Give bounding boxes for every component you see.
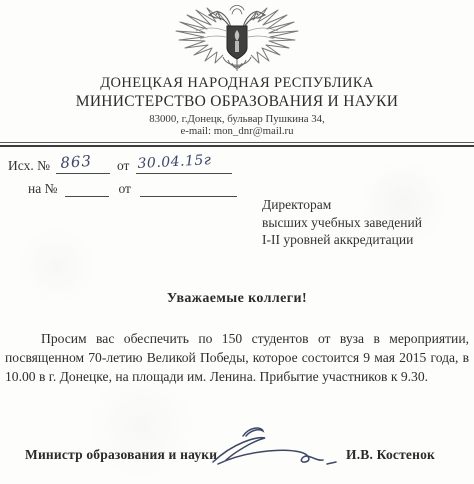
incoming-date-blank (140, 181, 237, 197)
email-address: e-mail: mon_dnr@mail.ru (0, 125, 474, 137)
body-paragraph: Просим вас обеспечить по 150 студентов о… (5, 330, 469, 386)
recipient-line-3: I-II уровней аккредитации (262, 231, 422, 249)
incoming-label: на № (28, 181, 57, 196)
signer-name: И.В. Костенок (346, 447, 435, 463)
outgoing-date-blank: 30.04.15г (136, 158, 232, 174)
outgoing-from-label: от (117, 158, 129, 173)
recipient-block: Директорам высших учебных заведений I-II… (262, 196, 422, 249)
salutation: Уважаемые коллеги! (0, 291, 474, 307)
ministry-name: МИНИСТЕРСТВО ОБРАЗОВАНИЯ И НАУКИ (0, 93, 474, 111)
outgoing-label: Исх. № (8, 158, 50, 173)
coat-of-arms-icon (170, 1, 304, 73)
incoming-number-blank (65, 181, 109, 197)
signer-title: Министр образования и науки (25, 447, 217, 463)
outgoing-number-handwritten: 863 (60, 152, 93, 172)
header-divider (0, 142, 474, 147)
outgoing-number-blank: 863 (56, 158, 110, 174)
postal-address: 83000, г.Донецк, бульвар Пушкина 34, (0, 113, 474, 125)
signature-icon (205, 423, 337, 475)
letter-page: ДОНЕЦКАЯ НАРОДНАЯ РЕСПУБЛИКА МИНИСТЕРСТВ… (0, 0, 474, 484)
outgoing-reference-line: Исх. №863от30.04.15г (8, 158, 232, 174)
outgoing-date-handwritten: 30.04.15г (138, 152, 213, 172)
incoming-reference-line: на №от (28, 181, 237, 197)
republic-name: ДОНЕЦКАЯ НАРОДНАЯ РЕСПУБЛИКА (0, 75, 474, 92)
recipient-line-1: Директорам (262, 196, 422, 214)
recipient-line-2: высших учебных заведений (262, 214, 422, 232)
incoming-from-label: от (118, 181, 130, 196)
